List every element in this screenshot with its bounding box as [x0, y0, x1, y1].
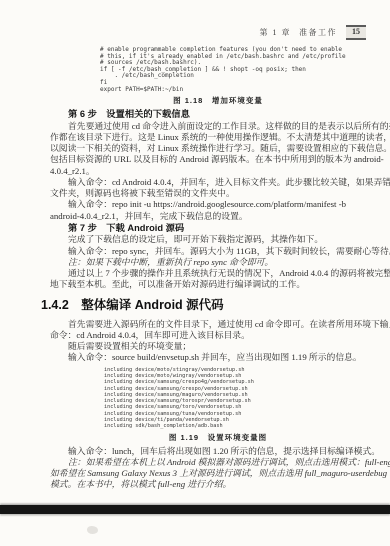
text-line: 完成了下载信息的设定后，即可开始下载指定源码，其操作如下。: [50, 234, 386, 245]
note-line: 注：如果下载中中断，重新执行 repo sync 命令即可。: [50, 257, 386, 268]
note-line: 模式。在本书中，将以模式 full-eng 进行介绍。: [50, 479, 386, 490]
code-line: including sdk/bash_completion/adb.bash: [104, 423, 386, 429]
code-line: . /etc/bash_completion: [100, 73, 386, 80]
text-line: 4.0.4_r2.1。: [50, 166, 386, 177]
text-line: 包括目标资源的 URL 以及目标的 Android 源码版本。在本书中所用到的版…: [50, 154, 386, 165]
text-line: 输入命令：source build/envsetup.sh 并回车，应当出现如图…: [50, 352, 386, 363]
note-line: 如希望在 Samsung Galaxy Nexus 3 上对源码进行调试，则点击…: [50, 468, 386, 479]
running-head: 第 1 章 准备工作: [260, 27, 338, 38]
text-line: 输入命令：repo init -u https://android.google…: [50, 199, 386, 210]
chapter-label: 第 1 章: [260, 27, 292, 38]
text-line: 文件夹，则源码也将被下载至错误的文件夹中。: [50, 188, 386, 199]
text-line: 随后需要设置相关的环境变量；: [50, 341, 386, 352]
note-line: 注：如果希望在本机上以 Android 模拟器对源码进行调试，则点击选用模式：f…: [50, 457, 386, 468]
text-line: 地下载至本机。至此，可以准备开始对源码进行编译调试的工作。: [50, 279, 386, 290]
text-line: 命令：cd Android 4.0.4，回车即可进入该目标目录。: [50, 330, 386, 341]
text-line: 首先要通过使用 cd 命令进入前面设定的工作目录。这样做的目的是表示以后所有的操: [50, 121, 386, 132]
code-line: export PATH=$PATH:~/bin: [100, 87, 386, 94]
figure-1-19-code: including device/moto/stingray/vendorset…: [104, 367, 386, 430]
figure-caption: 图 1.19 设置环境变量图: [50, 433, 386, 442]
figure-1-18-code: # enable programmable completion feature…: [100, 47, 386, 93]
step-heading: 第 6 步 设置相关的下载信息: [50, 109, 386, 121]
page-content: # enable programmable completion feature…: [50, 47, 386, 491]
section-heading: 1.4.2 整体编译 Android 源代码: [41, 298, 386, 313]
figure-caption: 图 1.18 增加环境变量: [50, 96, 386, 105]
text-line: 以阅读一下相关的资料，对 Linux 系统操作进行学习。随后，需要设置相应的下载…: [50, 143, 386, 154]
text-line: 输入命令：cd Android 4.0.4，并回车，进入目标文件夹。此步骤比较关…: [50, 177, 386, 188]
text-line: 输入命令：repo sync，并回车。源码大小为 11GB，其下载时间较长，需要…: [50, 246, 386, 257]
text-line: 首先需要进入源码所在的文件目录下，通过使用 cd 命令即可。在读者所用环境下输入: [50, 319, 386, 330]
text-line: 通过以上 7 个步骤的操作并且系统执行无误的情况下，Android 4.0.4 …: [50, 268, 386, 279]
text-line: 输入命令：lunch，回车后将出现如图 1.20 所示的信息，提示选择目标编译模…: [50, 446, 386, 457]
chapter-title: 准备工作: [299, 27, 337, 38]
step-heading: 第 7 步 下载 Android 源码: [50, 223, 386, 235]
text-line: 作都在该目录下进行。这是 Linux 系统的一种使用操作逻辑。不太清楚其中道理的…: [50, 132, 386, 143]
page-header: 第 1 章 准备工作 15: [260, 25, 367, 40]
scan-bottom-band: [0, 505, 390, 514]
scan-artifact: [87, 526, 98, 534]
book-page: 第 1 章 准备工作 15 # enable programmable comp…: [0, 0, 390, 546]
text-line: android-4.0.4_r2.1，并回车，完成下载信息的设置。: [50, 211, 386, 222]
page-number-badge: 15: [346, 25, 366, 40]
